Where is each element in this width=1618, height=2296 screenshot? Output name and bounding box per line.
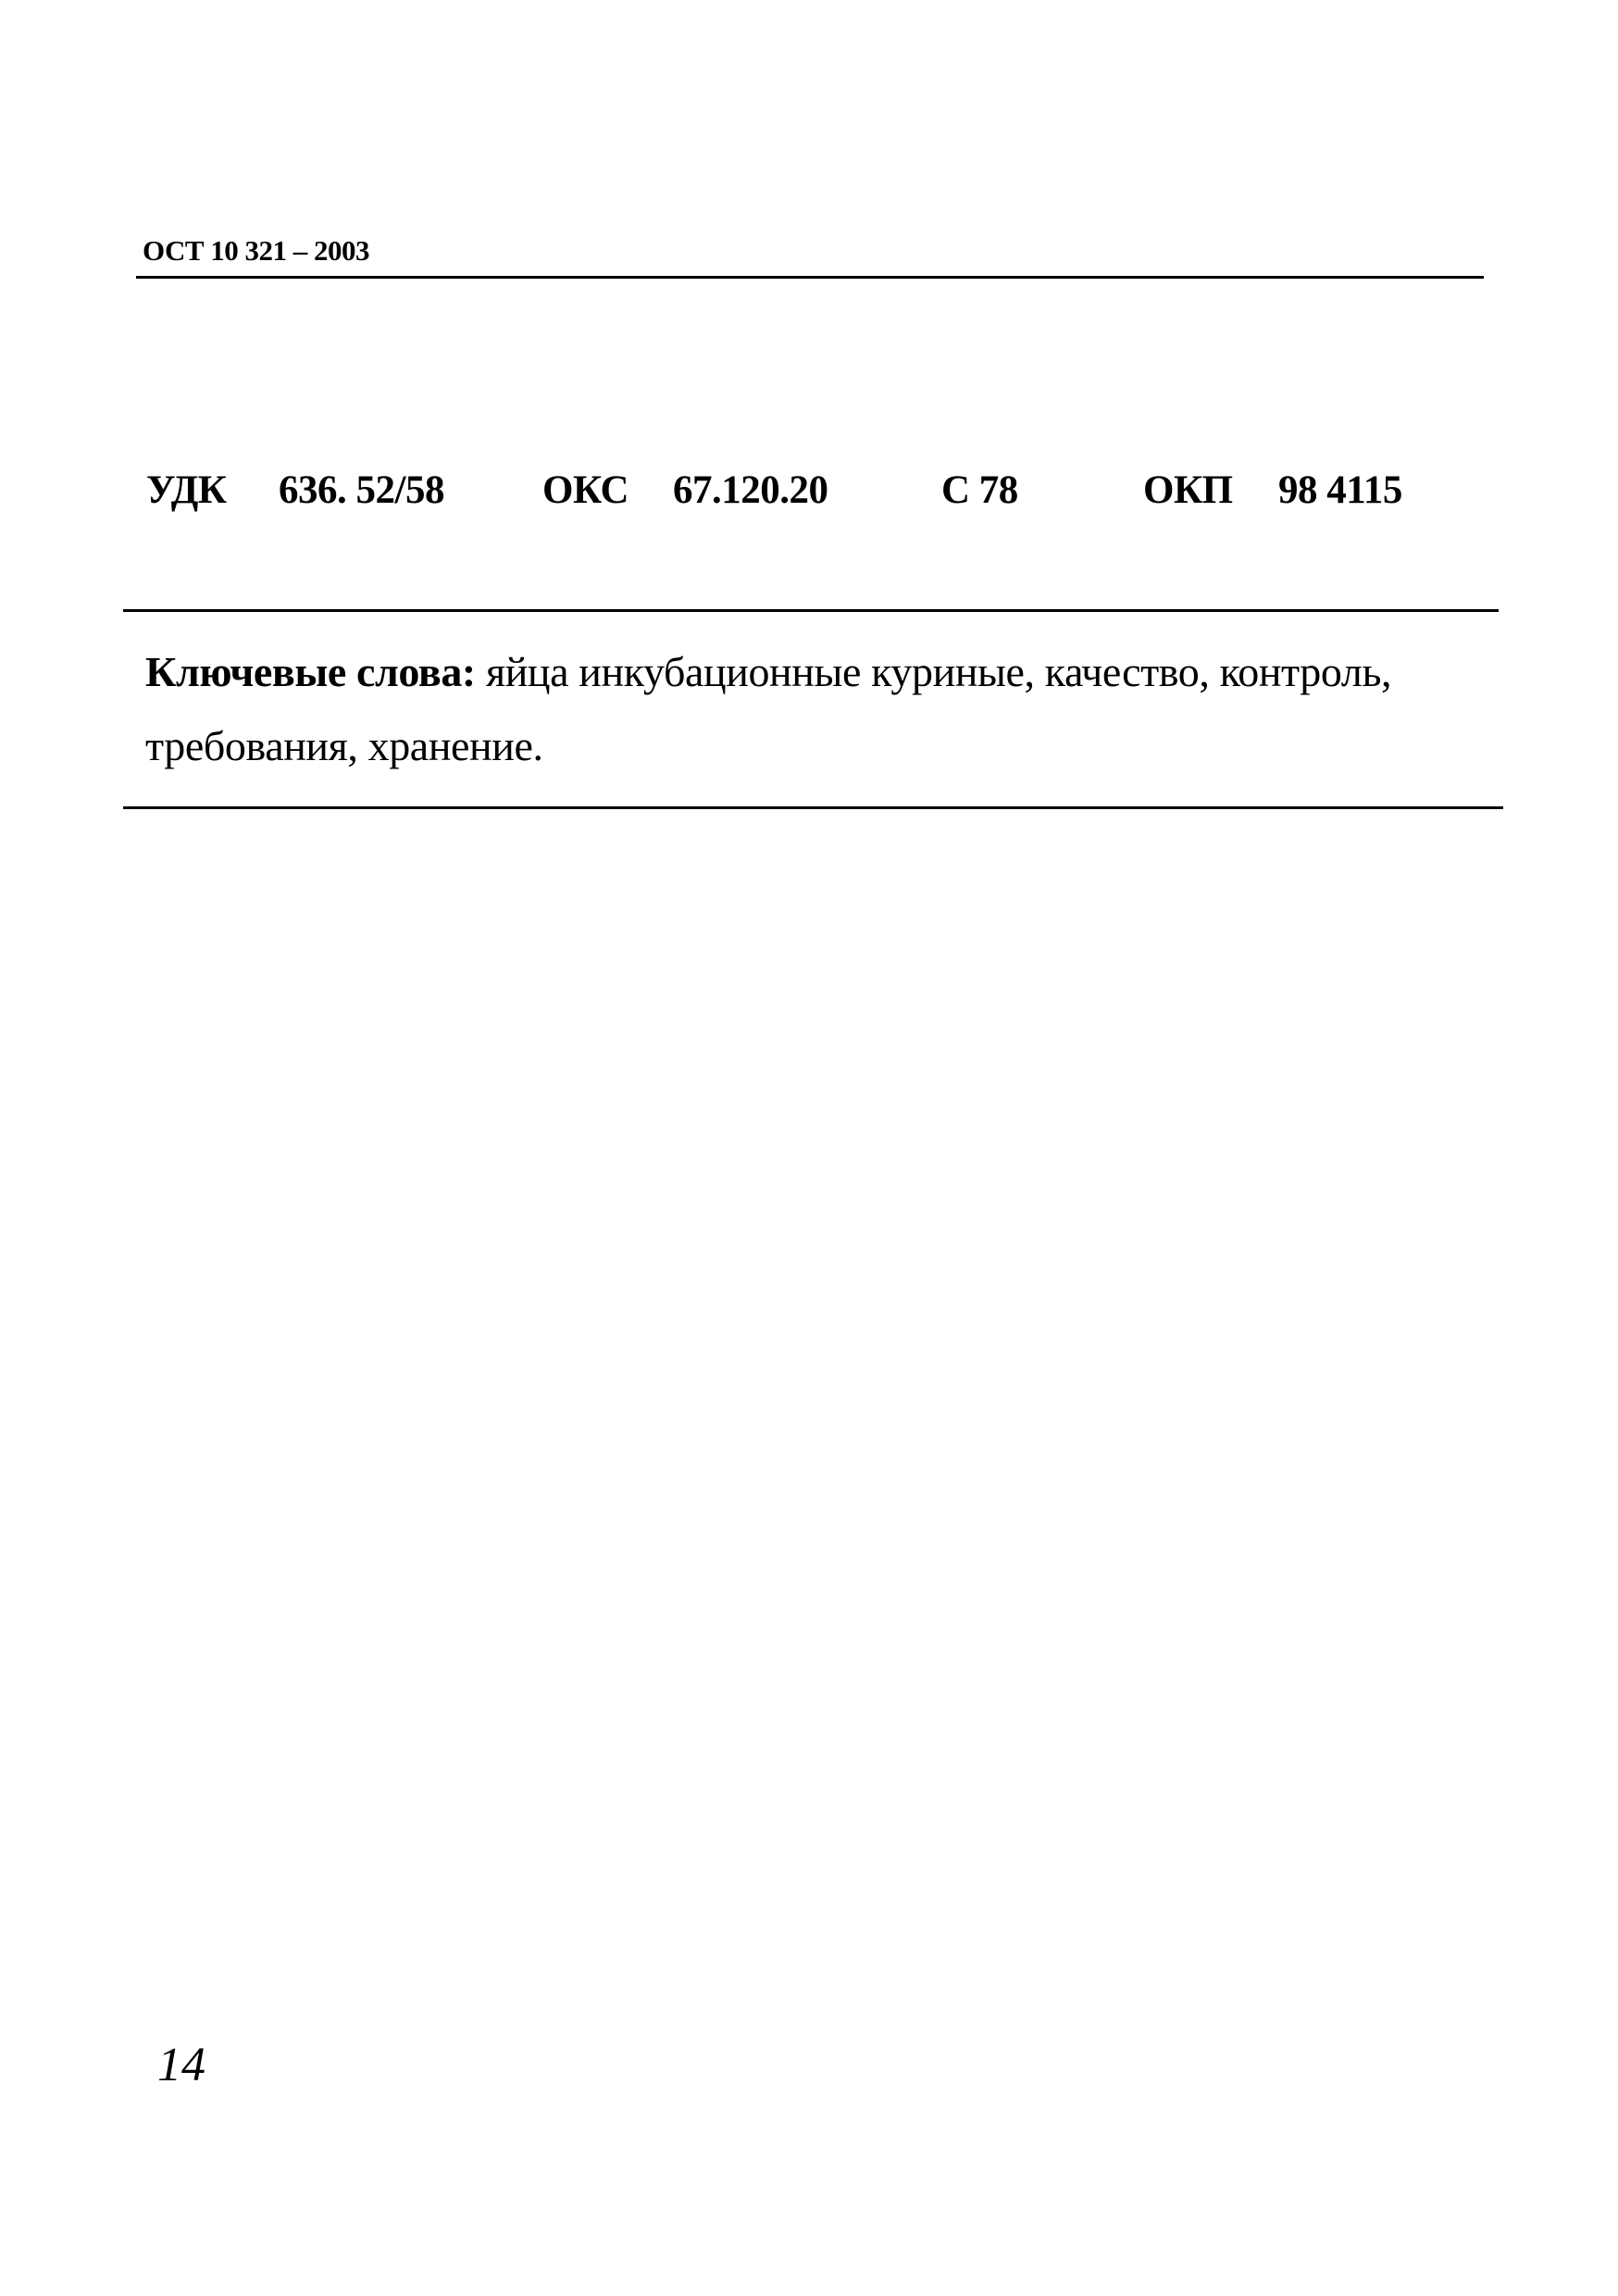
category-code: С 78 <box>941 468 1018 513</box>
udk-label: УДК <box>146 468 226 513</box>
keywords-line-1: Ключевые слова: яйца инкубационные курин… <box>145 635 1478 709</box>
page-number: 14 <box>157 2040 205 2091</box>
udk-value: 636. 52/58 <box>279 468 444 513</box>
keywords-text-1: яйца инкубационные куриные, качество, ко… <box>486 648 1391 695</box>
header-rule <box>136 276 1484 279</box>
okp-label: ОКП <box>1143 468 1233 513</box>
keywords-line-2: требования, хранение. <box>145 709 1478 783</box>
oks-label: ОКС <box>542 468 629 513</box>
oks-value: 67.120.20 <box>673 468 828 513</box>
keywords-text-2: требования, хранение. <box>145 722 543 769</box>
running-header: ОСТ 10 321 – 2003 <box>143 235 369 267</box>
okp-value: 98 4115 <box>1278 468 1402 513</box>
keywords-bottom-rule <box>123 806 1503 809</box>
keywords-block: Ключевые слова: яйца инкубационные курин… <box>145 635 1478 783</box>
keywords-label: Ключевые слова: <box>145 648 476 695</box>
keywords-top-rule <box>123 609 1499 612</box>
